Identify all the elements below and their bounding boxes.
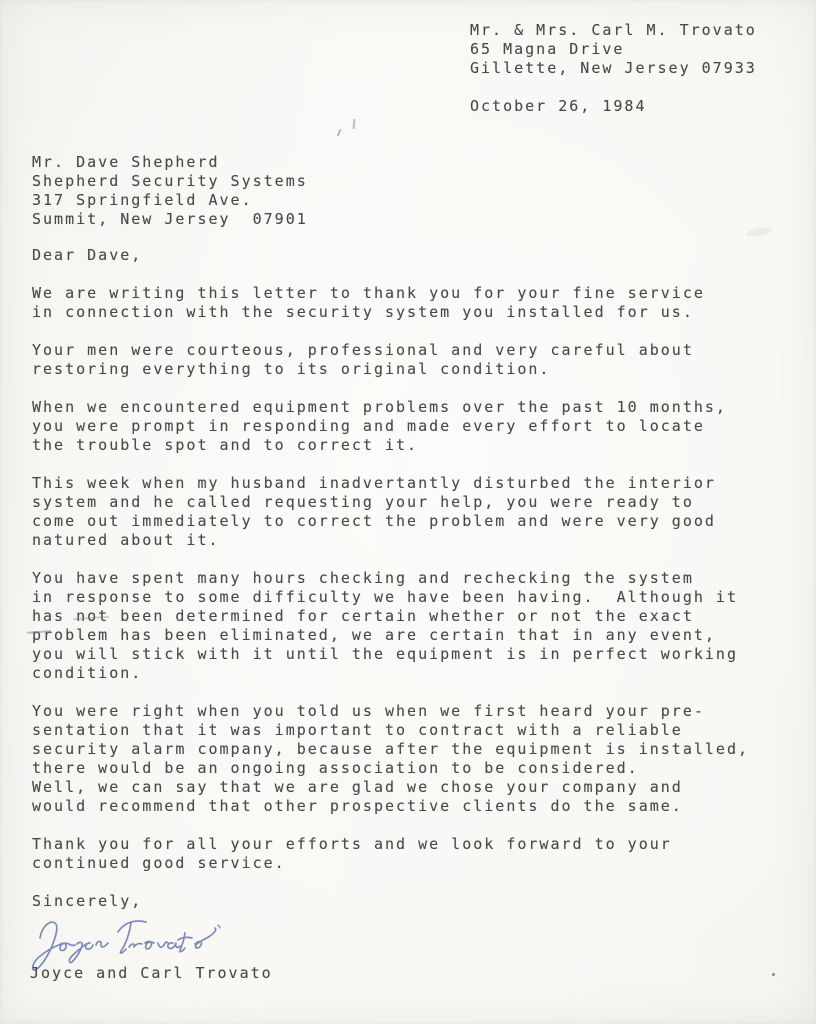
paper-smudge bbox=[746, 226, 773, 238]
paper-speck bbox=[772, 973, 775, 976]
recipient-company: Shepherd Security Systems bbox=[32, 172, 308, 191]
body-paragraph-2: Your men were courteous, professional an… bbox=[32, 341, 796, 379]
body-paragraph-1: We are writing this letter to thank you … bbox=[32, 284, 796, 322]
body-paragraph-4: This week when my husband inadvertantly … bbox=[32, 474, 796, 550]
sender-city-state-zip: Gillette, New Jersey 07933 bbox=[470, 59, 757, 78]
body-paragraph-6: You were right when you told us when we … bbox=[32, 702, 796, 816]
letter-body: Dear Dave, We are writing this letter to… bbox=[32, 246, 796, 911]
body-paragraph-5: You have spent many hours checking and r… bbox=[32, 569, 796, 683]
typed-signature-name: Joyce and Carl Trovato bbox=[30, 964, 273, 983]
closing-salutation: Sincerely, bbox=[32, 892, 796, 911]
recipient-street: 317 Springfield Ave. bbox=[32, 191, 308, 210]
recipient-city-state-zip: Summit, New Jersey 07901 bbox=[32, 210, 308, 229]
body-paragraph-7: Thank you for all your efforts and we lo… bbox=[32, 835, 796, 873]
letter-date: October 26, 1984 bbox=[470, 97, 647, 116]
letter-page: Mr. & Mrs. Carl M. Trovato 65 Magna Driv… bbox=[0, 0, 816, 1024]
recipient-address-block: Mr. Dave Shepherd Shepherd Security Syst… bbox=[32, 153, 308, 229]
sender-street: 65 Magna Drive bbox=[470, 40, 757, 59]
salutation: Dear Dave, bbox=[32, 246, 796, 265]
sender-name: Mr. & Mrs. Carl M. Trovato bbox=[470, 21, 757, 40]
sender-address-block: Mr. & Mrs. Carl M. Trovato 65 Magna Driv… bbox=[470, 21, 757, 78]
pencil-mark-comma bbox=[337, 129, 343, 138]
body-paragraph-3: When we encountered equipment problems o… bbox=[32, 398, 796, 455]
recipient-name: Mr. Dave Shepherd bbox=[32, 153, 308, 172]
pencil-mark-tick bbox=[352, 119, 355, 129]
